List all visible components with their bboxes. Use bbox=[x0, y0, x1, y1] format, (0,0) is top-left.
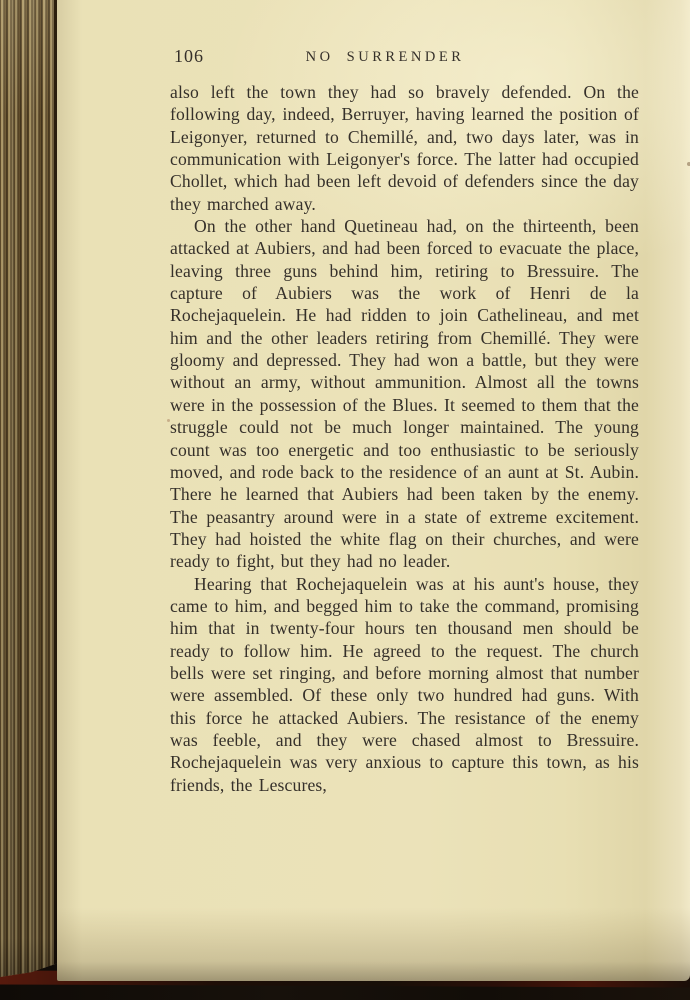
paper-speck bbox=[412, 58, 415, 61]
book-photo: 106 NO SURRENDER also left the town they… bbox=[0, 0, 690, 1000]
page-header: 106 NO SURRENDER bbox=[170, 46, 638, 70]
running-title: NO SURRENDER bbox=[170, 49, 600, 66]
book-page: 106 NO SURRENDER also left the town they… bbox=[57, 0, 690, 981]
book-page-edges bbox=[0, 0, 57, 977]
paragraph-1: also left the town they had so bravely d… bbox=[170, 81, 639, 215]
paragraph-2: On the other hand Quetineau had, on the … bbox=[170, 215, 639, 573]
paper-speck bbox=[167, 419, 170, 422]
page-text: also left the town they had so bravely d… bbox=[170, 81, 639, 796]
paragraph-3: Hearing that Rochejaquelein was at his a… bbox=[170, 573, 639, 796]
